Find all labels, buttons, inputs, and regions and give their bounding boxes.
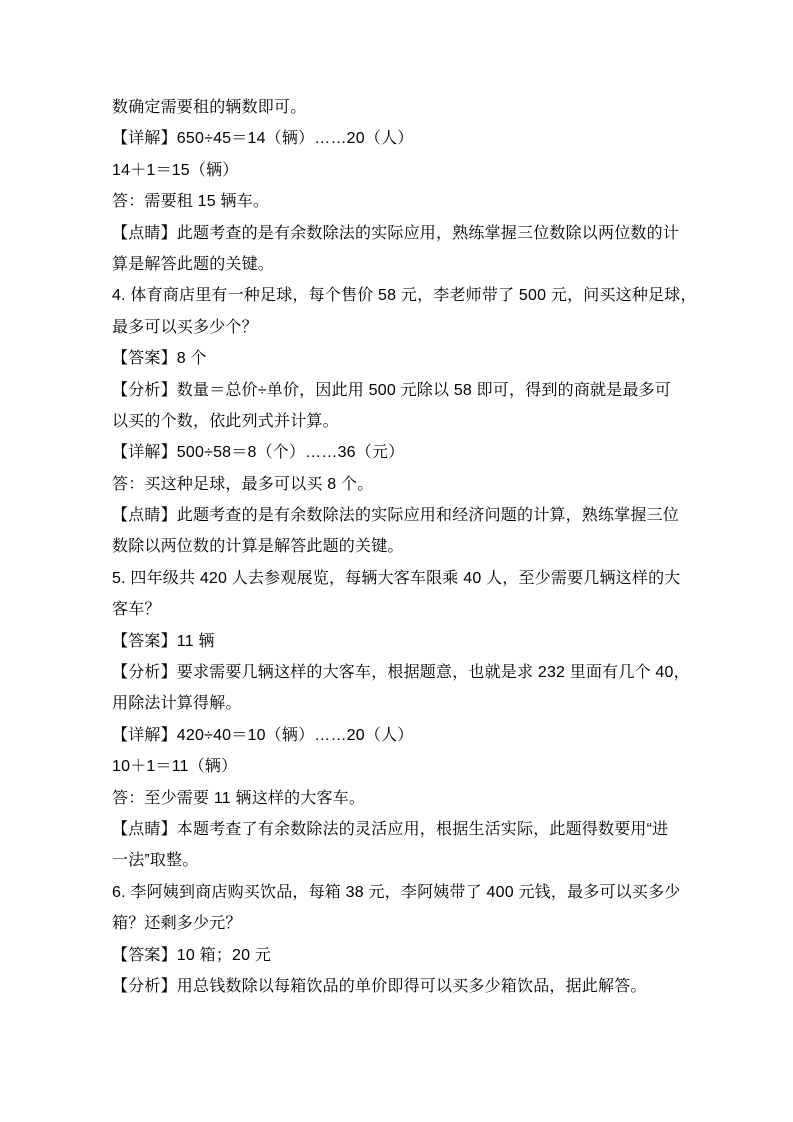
question-4-line: 【分析】数量＝总价÷单价，因此用 500 元除以 58 即可，得到的商就是最多可 (112, 375, 672, 406)
question-5-line: 5. 四年级共 420 人去参观展览，每辆大客车限乘 40 人，至少需要几辆这样… (112, 563, 672, 594)
question-3-solution-tail-line: 答：需要租 15 辆车。 (112, 186, 672, 217)
document-page: 数确定需要租的辆数即可。【详解】650÷45＝14（辆）……20（人）14＋1＝… (0, 0, 793, 1122)
question-4-line: 【点睛】此题考查的是有余数除法的实际应用和经济问题的计算，熟练掌握三位 (112, 500, 672, 531)
question-3-solution-tail-line: 14＋1＝15（辆） (112, 155, 672, 186)
question-5-line: 【详解】420÷40＝10（辆）……20（人） (112, 720, 672, 751)
question-4-line: 最多可以买多少个？ (112, 312, 672, 343)
question-6-line: 【分析】用总钱数除以每箱饮品的单价即得可以买多少箱饮品，据此解答。 (112, 971, 672, 1002)
question-3-solution-tail-line: 【点睛】此题考查的是有余数除法的实际应用，熟练掌握三位数除以两位数的计 (112, 218, 672, 249)
question-6-line: 箱？还剩多少元？ (112, 908, 672, 939)
question-4-line: 4. 体育商店里有一种足球，每个售价 58 元，李老师带了 500 元，问买这种… (112, 280, 672, 311)
question-5-line: 【分析】要求需要几辆这样的大客车，根据题意，也就是求 232 里面有几个 40， (112, 657, 672, 688)
question-3-solution-tail-line: 【详解】650÷45＝14（辆）……20（人） (112, 123, 672, 154)
question-5-line: 一法”取整。 (112, 845, 672, 876)
worksheet-text-block: 数确定需要租的辆数即可。【详解】650÷45＝14（辆）……20（人）14＋1＝… (112, 92, 672, 1002)
question-3-solution-tail-line: 算是解答此题的关键。 (112, 249, 672, 280)
question-3-solution-tail-line: 数确定需要租的辆数即可。 (112, 92, 672, 123)
question-4-line: 【详解】500÷58＝8（个）……36（元） (112, 437, 672, 468)
question-6-line: 【答案】10 箱；20 元 (112, 940, 672, 971)
question-5-line: 【点睛】本题考查了有余数除法的灵活应用，根据生活实际，此题得数要用“进 (112, 814, 672, 845)
question-4-line: 以买的个数，依此列式并计算。 (112, 406, 672, 437)
question-6-line: 6. 李阿姨到商店购买饮品，每箱 38 元，李阿姨带了 400 元钱，最多可以买… (112, 877, 672, 908)
question-5-line: 【答案】11 辆 (112, 626, 672, 657)
question-4-line: 数除以两位数的计算是解答此题的关键。 (112, 531, 672, 562)
question-5-line: 客车？ (112, 594, 672, 625)
question-5-line: 10＋1＝11（辆） (112, 751, 672, 782)
question-4-line: 【答案】8 个 (112, 343, 672, 374)
question-5-line: 用除法计算得解。 (112, 688, 672, 719)
question-4-line: 答：买这种足球，最多可以买 8 个。 (112, 469, 672, 500)
question-5-line: 答：至少需要 11 辆这样的大客车。 (112, 783, 672, 814)
